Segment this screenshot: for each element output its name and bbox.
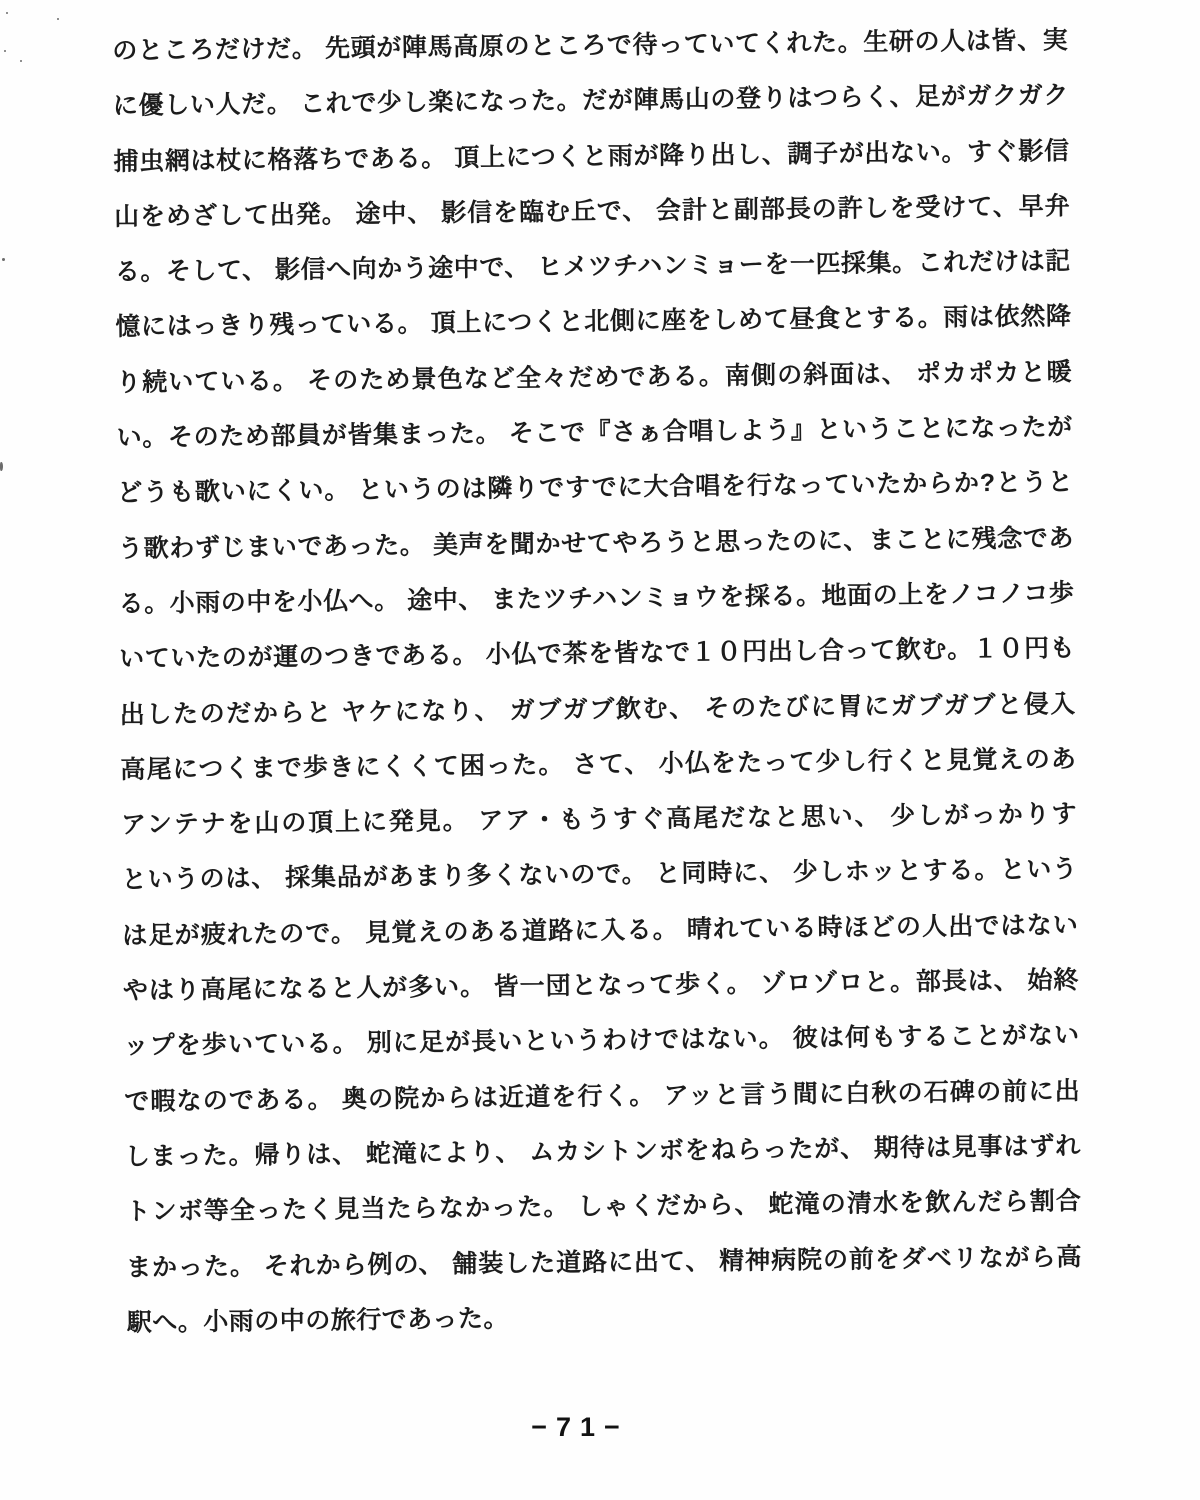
text-line: に優しい人だ。 これで少し楽になった。だが陣馬山の登りはつらく、足がガクガク: [113, 68, 1070, 134]
text-line: 駅へ。小雨の中の旅行であった。: [126, 1285, 1083, 1351]
text-body: のところだけだ。 先頭が陣馬高原のところで待っていてくれた。生研の人は皆、実 に…: [112, 13, 1083, 1351]
scan-speck: [6, 12, 8, 14]
scan-speck: [2, 258, 5, 261]
text-line: どうも歌いにくい。 というのは隣りですでに大合唱を行なっていたからか?とうと: [117, 456, 1074, 522]
scan-speck: [20, 60, 22, 62]
text-line: ップを歩いている。 別に足が長いというわけではない。 彼は何もすることがないの: [123, 1008, 1080, 1074]
scan-speck: [4, 50, 6, 52]
text-line: いていたのが運のつきである。 小仏で茶を皆なで１０円出し合って飲む。１０円も: [119, 621, 1076, 687]
scan-speck: [57, 18, 59, 20]
text-line: トンボ等全ったく見当たらなかった。 しゃくだから、 蛇滝の清水を飲んだら割合う: [125, 1174, 1082, 1240]
scan-speck: [0, 462, 3, 471]
page-number: −71−: [0, 1412, 1160, 1443]
text-line: まかった。 それから例の、 舗装した道路に出て、 精神病院の前をダベリながら高尾: [126, 1230, 1083, 1296]
scanned-document-page: のところだけだ。 先頭が陣馬高原のところで待っていてくれた。生研の人は皆、実 に…: [0, 0, 1200, 1500]
